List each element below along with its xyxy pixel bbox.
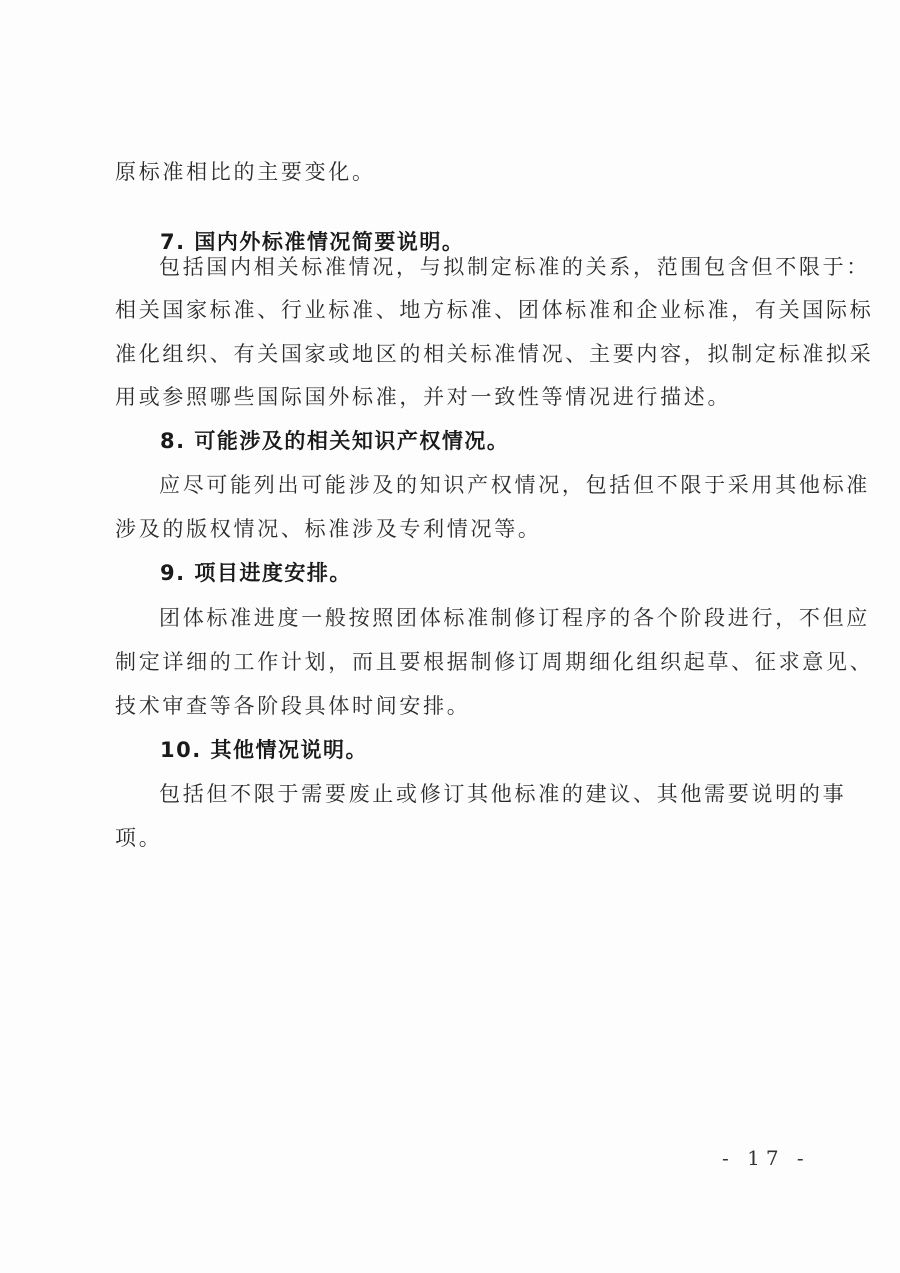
- body-text-line: 包括国内相关标准情况，与拟制定标准的关系，范围包含但不限于：: [159, 253, 831, 281]
- body-text-line: 应尽可能列出可能涉及的知识产权情况，包括但不限于采用其他标准: [159, 471, 831, 499]
- body-text-line: 涉及的版权情况、标准涉及专利情况等。: [115, 515, 787, 543]
- body-text-line: 准化组织、有关国家或地区的相关标准情况、主要内容，拟制定标准拟采: [115, 340, 787, 368]
- section-heading-9: 9. 项目进度安排。: [160, 559, 832, 587]
- section-heading-7: 7. 国内外标准情况简要说明。: [160, 228, 832, 256]
- page-number: - 17 -: [722, 1146, 810, 1170]
- body-text-line: 相关国家标准、行业标准、地方标准、团体标准和企业标准，有关国际标: [115, 296, 787, 324]
- document-page: 原标准相比的主要变化。 7. 国内外标准情况简要说明。 包括国内相关标准情况，与…: [0, 0, 900, 1273]
- body-text-line: 原标准相比的主要变化。: [115, 158, 787, 186]
- body-text-line: 技术审查等各阶段具体时间安排。: [115, 692, 787, 720]
- body-text-line: 包括但不限于需要废止或修订其他标准的建议、其他需要说明的事: [159, 780, 831, 808]
- body-text-line: 用或参照哪些国际国外标准，并对一致性等情况进行描述。: [115, 383, 787, 411]
- body-text-line: 制定详细的工作计划，而且要根据制修订周期细化组织起草、征求意见、: [115, 648, 787, 676]
- section-heading-8: 8. 可能涉及的相关知识产权情况。: [160, 427, 832, 455]
- body-text-line: 团体标准进度一般按照团体标准制修订程序的各个阶段进行，不但应: [159, 604, 831, 632]
- body-text-line: 项。: [115, 824, 787, 852]
- section-heading-10: 10. 其他情况说明。: [160, 736, 832, 764]
